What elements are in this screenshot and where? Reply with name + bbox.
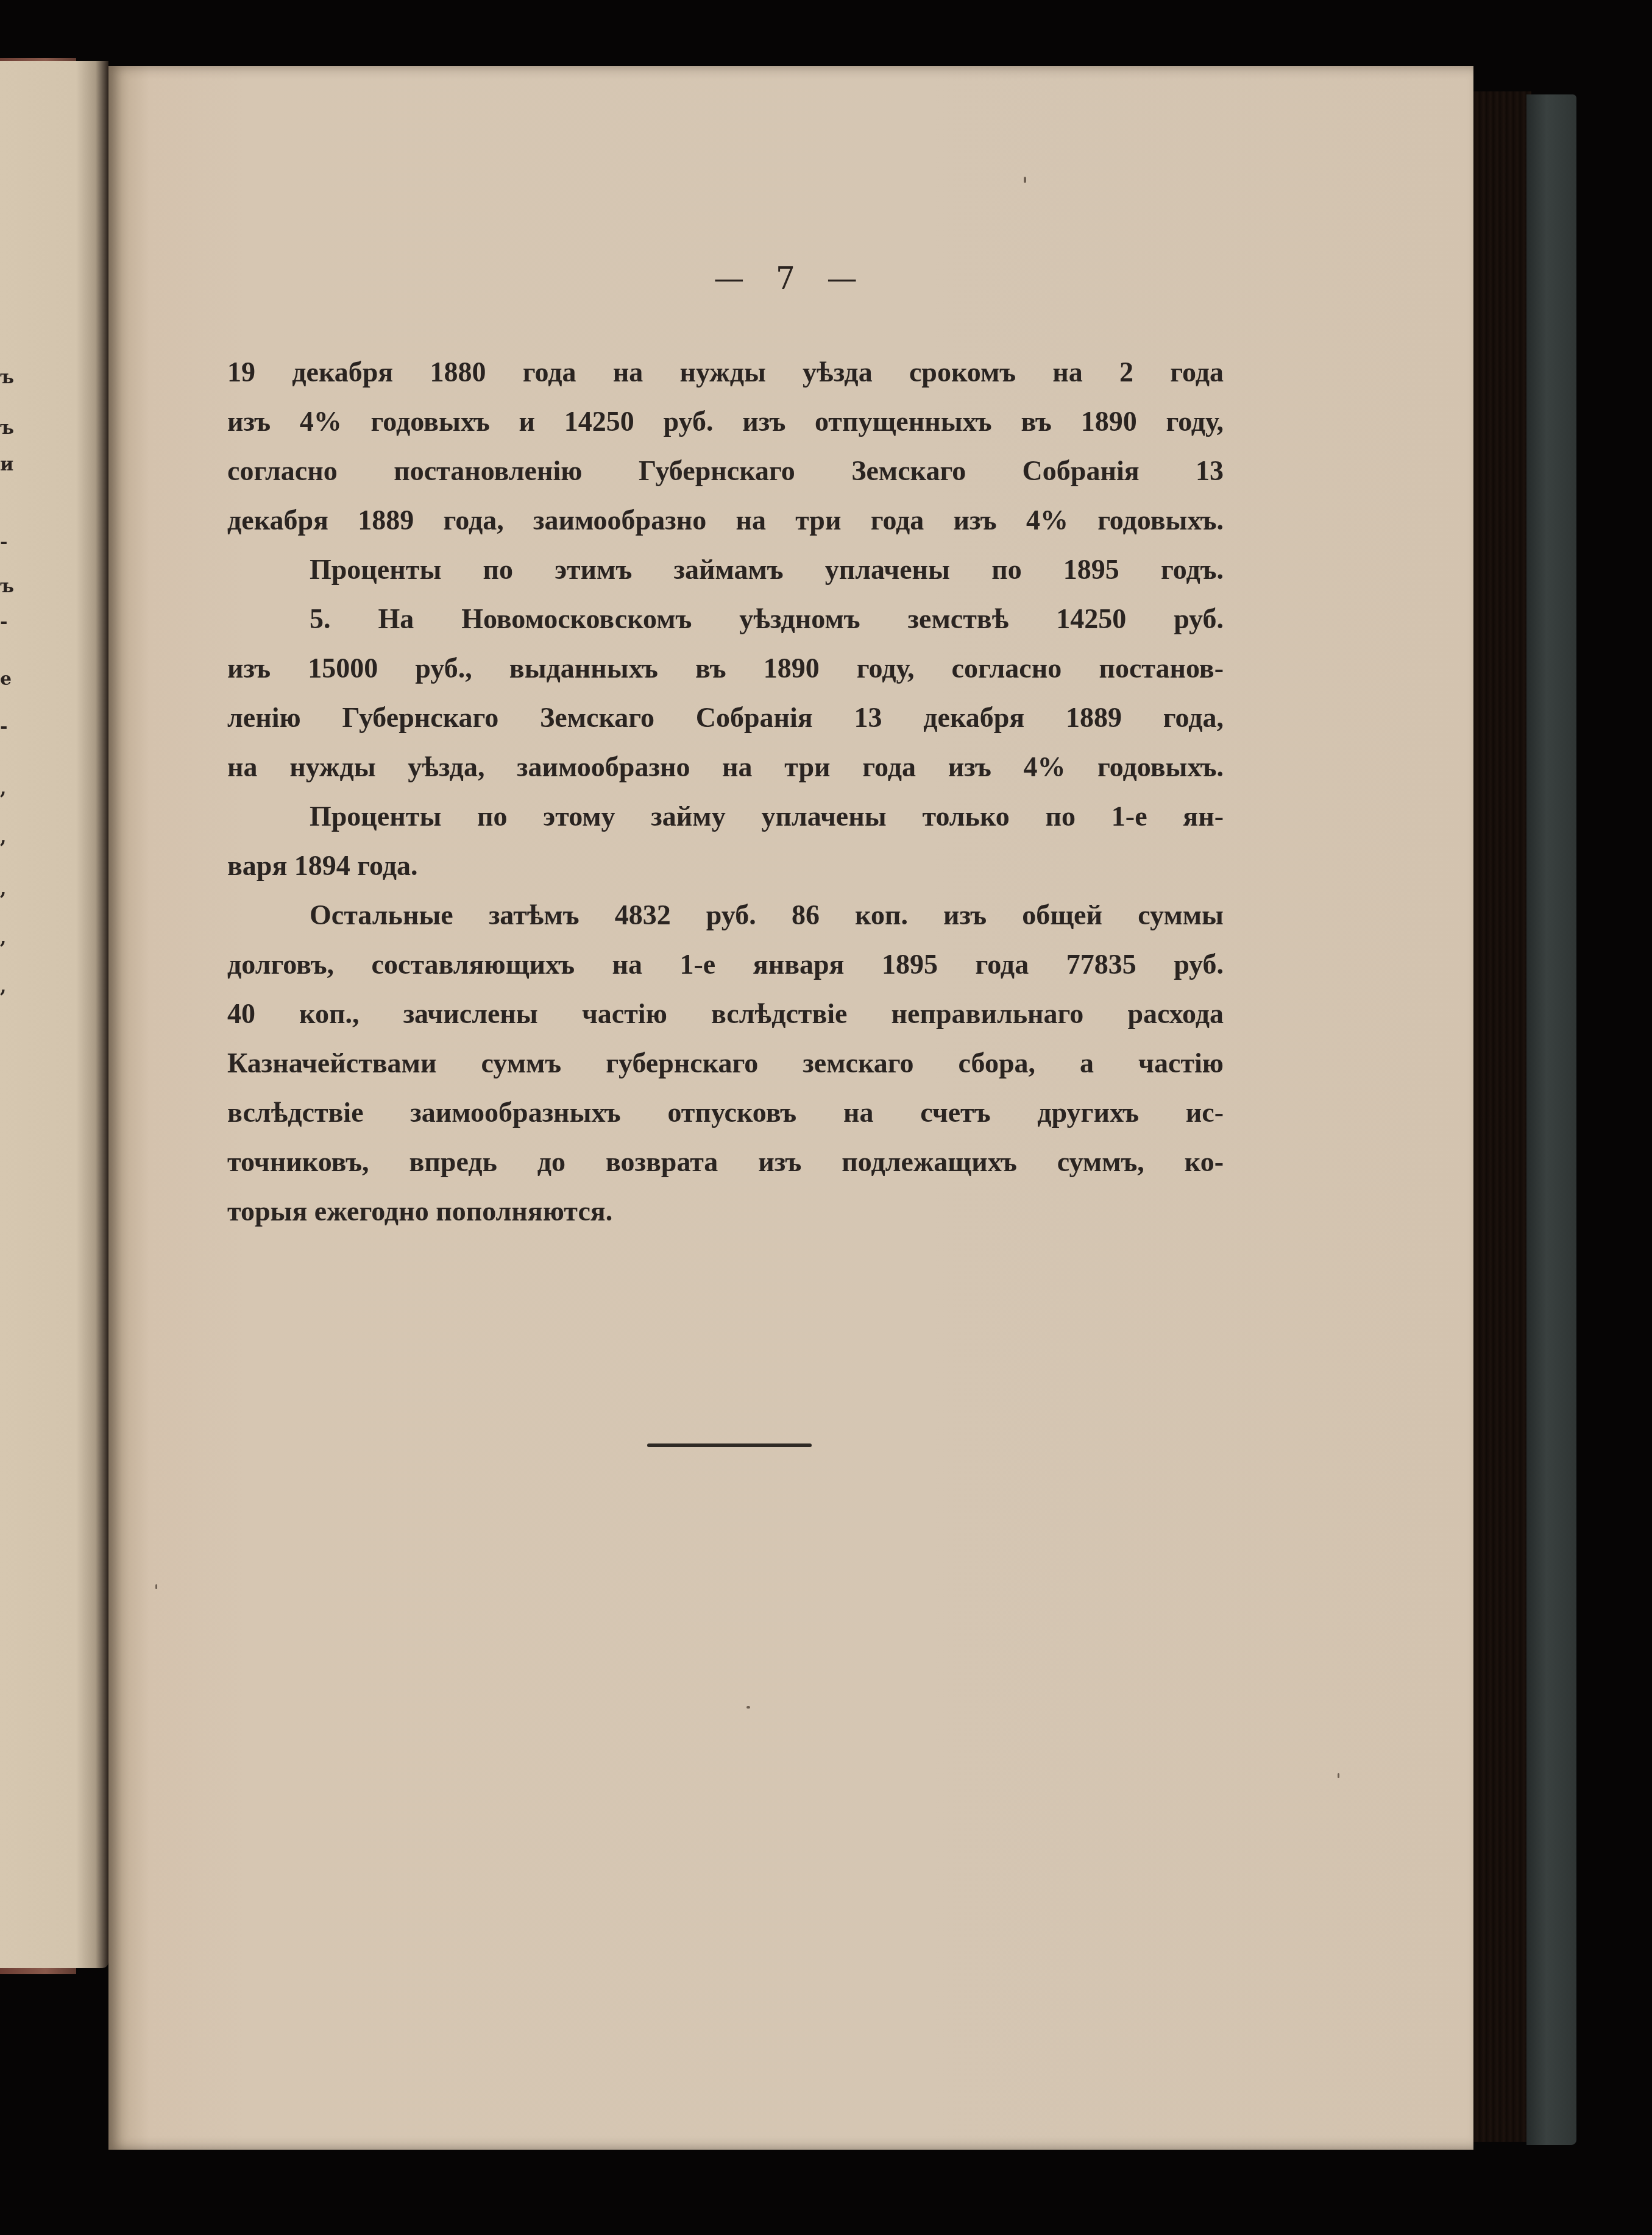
left-page-fragment: , [0,978,12,996]
paper-speck [1024,177,1026,183]
paper-speck [746,1706,750,1709]
left-page-fragment: , [0,880,12,899]
left-page-fragment: е [0,670,12,689]
text-line: торыя ежегодно пополняются. [227,1186,1224,1236]
left-page-fragment: ъ [0,369,12,387]
text-line: 40 коп., зачислены частію вслѣдствіе неп… [227,989,1224,1038]
text-line: Проценты по этимъ займамъ уплачены по 18… [227,545,1224,594]
page-edges [1473,91,1531,2142]
text-line: Казначействами суммъ губернскаго земскаг… [227,1038,1224,1088]
text-line: на нужды уѣзда, заимообразно на три года… [227,742,1224,792]
text-line: точниковъ, впредь до возврата изъ подлеж… [227,1137,1224,1186]
left-page-fragment: , [0,780,12,798]
text-line: Остальные затѣмъ 4832 руб. 86 коп. изъ о… [227,890,1224,940]
left-page-fragment: - [0,533,12,551]
left-page-fragment: ъ [0,578,12,596]
text-line: декабря 1889 года, заимообразно на три г… [227,495,1224,545]
text-line: долговъ, составляющихъ на 1-е января 189… [227,940,1224,989]
text-line: изъ 15000 руб., выданныхъ въ 1890 году, … [227,643,1224,693]
text-line: вслѣдствіе заимообразныхъ отпусковъ на с… [227,1088,1224,1137]
left-page-fragment: и [0,456,12,474]
text-line: варя 1894 года. [227,841,1224,890]
left-page: ъ ъ и - ъ - е - , , , , , [0,61,108,1968]
paper-speck [155,1584,157,1589]
text-line: изъ 4% годовыхъ и 14250 руб. изъ отпущен… [227,397,1224,446]
text-line: Проценты по этому займу уплачены только … [227,792,1224,841]
text-line: 19 декабря 1880 года на нужды уѣзда срок… [227,347,1224,397]
text-line: согласно постановленію Губернскаго Земск… [227,446,1224,495]
text-line: 5. На Новомосковскомъ уѣздномъ земствѣ 1… [227,594,1224,643]
left-page-fragment: ъ [0,419,12,437]
left-page-fragment: - [0,718,12,736]
page-number: — 7 — [108,261,1473,296]
text-line: ленію Губернскаго Земскаго Собранія 13 д… [227,693,1224,742]
section-end-rule [647,1443,812,1447]
left-page-fragment: - [0,613,12,631]
paper-speck [1338,1773,1339,1778]
left-page-fragment: , [0,929,12,947]
left-page-fragment: , [0,829,12,847]
book-cover-right [1526,94,1576,2145]
body-text: 19 декабря 1880 года на нужды уѣзда срок… [227,347,1224,1236]
